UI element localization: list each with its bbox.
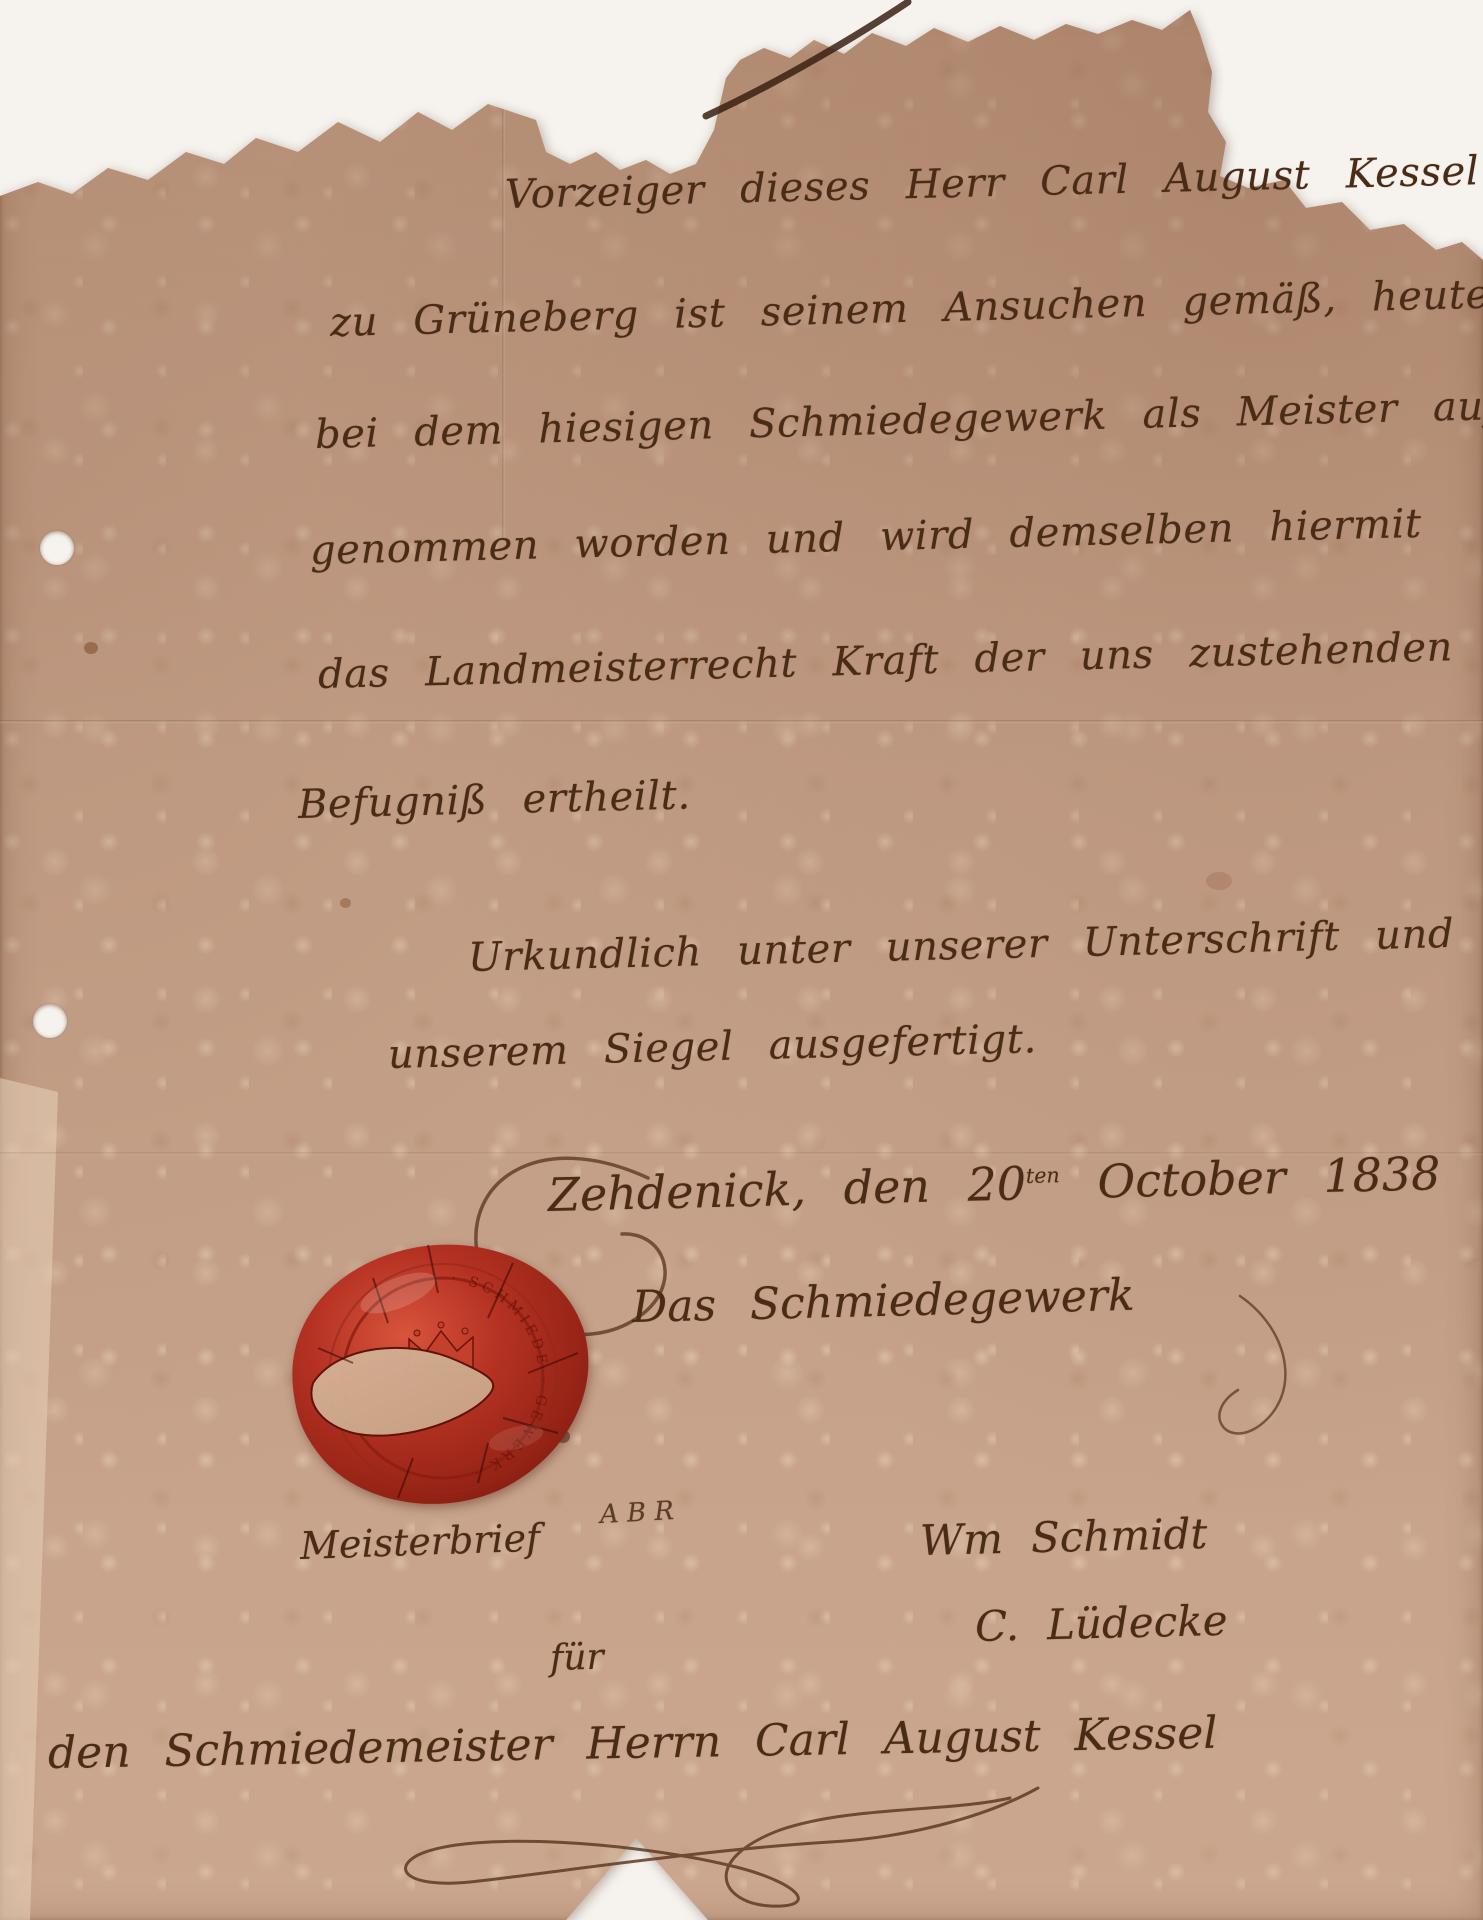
dateline-day: den 20 [843, 1156, 1027, 1214]
manuscript-line-6: Befugniß ertheilt. [297, 772, 691, 828]
dateline-place: Zehdenick, [547, 1162, 806, 1222]
stain [84, 642, 98, 654]
punch-hole-top [40, 531, 74, 565]
dateline-ordinal: ten [1026, 1163, 1060, 1188]
scan-canvas: · SCHMIEDE · GEWERK · Vorzeiger dieses H… [0, 0, 1483, 1920]
signature-1: Wm Schmidt [919, 1509, 1208, 1565]
fuer-label: für [549, 1637, 604, 1679]
stain [556, 1430, 570, 1443]
dateline-rest: October 1838 [1097, 1146, 1441, 1208]
signature-2: C. Lüdecke [974, 1596, 1228, 1651]
stain [340, 898, 351, 908]
paraph-annotation: A B R [599, 1496, 674, 1530]
stain [1206, 872, 1232, 890]
meisterbrief-label: Meisterbrief [299, 1516, 541, 1568]
fold-crease-horizontal [0, 720, 1483, 723]
punch-hole-bottom [33, 1004, 67, 1038]
